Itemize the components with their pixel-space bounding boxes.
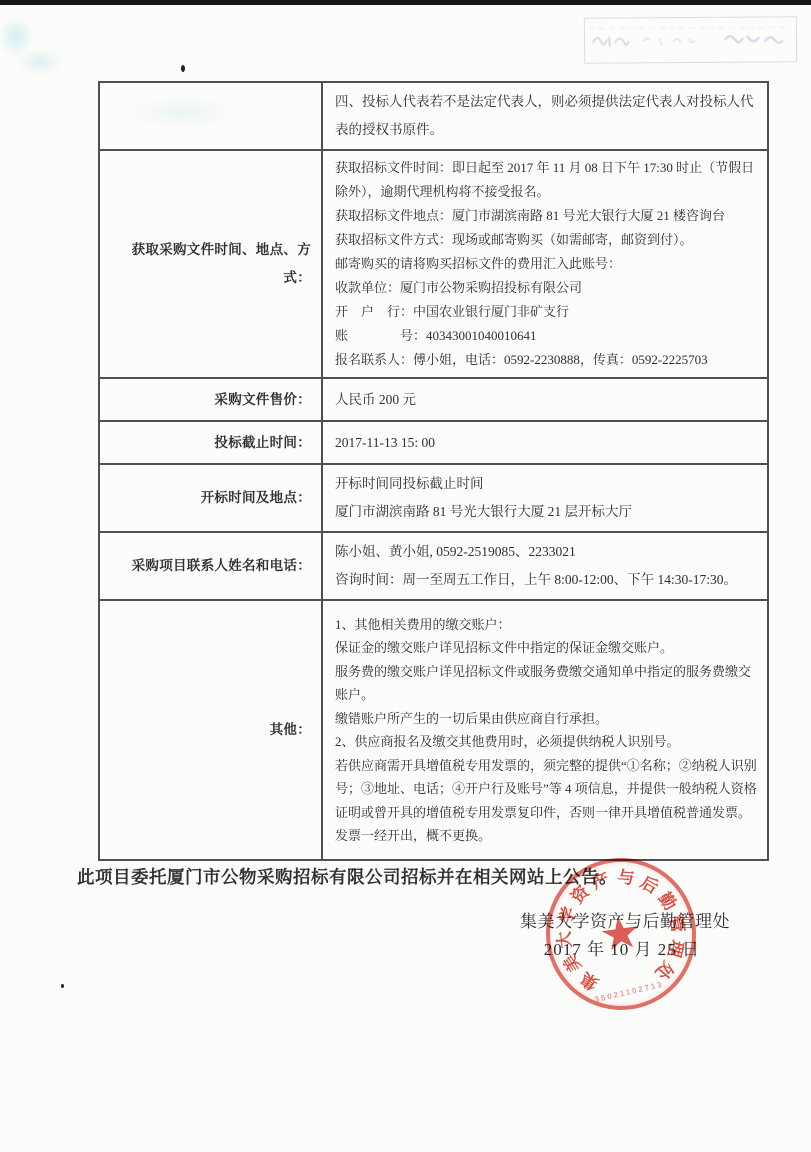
table-row: 投标截止时间： 2017-11-13 15: 00 — [99, 421, 768, 464]
ink-speck — [61, 984, 64, 988]
row-content: 人民币 200 元 — [322, 378, 768, 421]
ink-speck — [181, 65, 185, 72]
procurement-info-table: 四、投标人代表若不是法定代表人，则必须提供法定代表人对投标人代表的授权书原件。 … — [98, 81, 769, 861]
cyan-smudge-artifact — [0, 8, 72, 80]
table-row: 四、投标人代表若不是法定代表人，则必须提供法定代表人对投标人代表的授权书原件。 — [99, 82, 768, 150]
official-seal-stamp: 集 美 大 学 资 产 与 后 勤 管 理 处 35021102713 — [536, 848, 706, 1019]
row-content: 四、投标人代表若不是法定代表人，则必须提供法定代表人对投标人代表的授权书原件。 — [322, 82, 768, 150]
scanned-document-page: 四、投标人代表若不是法定代表人，则必须提供法定代表人对投标人代表的授权书原件。 … — [0, 0, 811, 1152]
row-content: 获取招标文件时间：即日起至 2017 年 11 月 08 日下午 17:30 时… — [322, 150, 768, 378]
table-row: 开标时间及地点： 开标时间同投标截止时间 厦门市湖滨南路 81 号光大银行大厦 … — [99, 464, 768, 532]
table-row: 采购文件售价： 人民币 200 元 — [99, 378, 768, 421]
row-content: 陈小姐、黄小姐, 0592-2519085、2233021 咨询时间：周一至周五… — [322, 532, 768, 600]
row-label: 采购项目联系人姓名和电话： — [99, 532, 322, 600]
handwriting-artifact — [584, 16, 797, 63]
table-row: 获取采购文件时间、地点、方式： 获取招标文件时间：即日起至 2017 年 11 … — [99, 150, 768, 378]
row-content: 开标时间同投标截止时间 厦门市湖滨南路 81 号光大银行大厦 21 层开标大厅 — [322, 464, 768, 532]
row-label: 其他： — [99, 600, 322, 860]
row-label: 获取采购文件时间、地点、方式： — [99, 150, 322, 378]
row-content: 2017-11-13 15: 00 — [322, 421, 768, 464]
row-label: 投标截止时间： — [99, 421, 322, 464]
table-row: 采购项目联系人姓名和电话： 陈小姐、黄小姐, 0592-2519085、2233… — [99, 532, 768, 600]
row-label — [99, 82, 322, 150]
row-content: 1、其他相关费用的缴交账户： 保证金的缴交账户详见招标文件中指定的保证金缴交账户… — [322, 600, 768, 860]
row-label: 采购文件售价： — [99, 378, 322, 421]
scan-edge-artifact — [0, 0, 811, 5]
row-label: 开标时间及地点： — [99, 464, 322, 532]
table-row: 其他： 1、其他相关费用的缴交账户： 保证金的缴交账户详见招标文件中指定的保证金… — [99, 600, 768, 860]
